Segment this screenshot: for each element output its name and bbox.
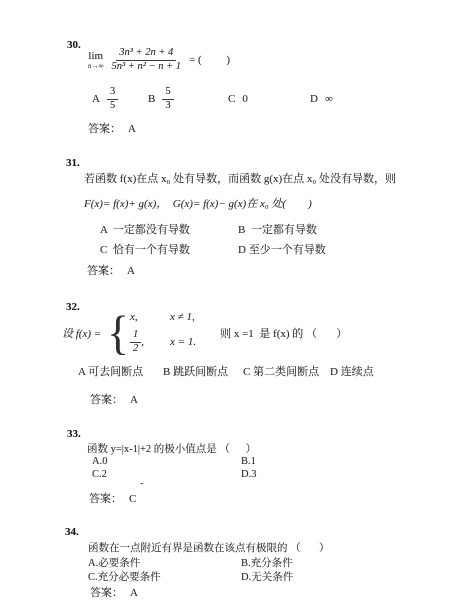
piecewise-prefix: 设 f(x) = xyxy=(62,325,104,341)
question-34-answer: 答案： A xyxy=(90,584,138,600)
question-30-option-a: A 3 5 xyxy=(92,85,118,113)
question-34-stem: 函数在一点附近有界是函数在该点有极限的 （ ） xyxy=(88,540,330,555)
question-31-number: 31. xyxy=(66,157,80,169)
option-label: C xyxy=(228,93,235,105)
answer-value: A xyxy=(128,123,136,135)
option-label: A xyxy=(92,93,100,105)
question-32-option-d: D 连续点 xyxy=(330,363,374,379)
answer-label: 答案： xyxy=(88,120,121,136)
question-33-option-a: A.0 xyxy=(92,456,107,467)
question-30-formula: lim n→∞ 3n³ + 2n + 4 5n³ + n² − n + 1 = … xyxy=(88,47,230,73)
answer-value: A xyxy=(130,394,138,406)
question-33-number: 33. xyxy=(67,428,81,440)
question-30-option-c: C 0 xyxy=(228,85,248,113)
answer-label: 答案： xyxy=(90,584,123,600)
question-30-answer: 答案： A xyxy=(88,120,136,136)
piecewise-cases: x, x ≠ 1, 1 2 , x = 1. xyxy=(130,311,196,355)
question-30-option-b: B 5 3 xyxy=(148,85,174,113)
question-31-stem-line2: F(x)= f(x)+ g(x)， G(x)= f(x)− g(x)在 x₀ 处… xyxy=(84,195,312,211)
question-31-option-b: B 一定都有导数 xyxy=(238,221,317,237)
scan-artifact-dash: - xyxy=(140,477,144,489)
answer-value: A xyxy=(130,587,138,599)
question-32-answer: 答案： A xyxy=(90,391,138,407)
question-34-option-d: D.无关条件 xyxy=(241,569,293,584)
question-31-answer: 答案： A xyxy=(87,262,135,278)
answer-label: 答案： xyxy=(87,262,120,278)
option-label: B xyxy=(148,93,155,105)
limit-operator: lim n→∞ xyxy=(88,51,104,70)
question-32-piecewise-formula: 设 f(x) = { x, x ≠ 1, 1 2 , x = 1. 则 x =1… xyxy=(62,310,347,356)
question-32-option-c: C 第二类间断点 xyxy=(243,363,319,379)
equals-answer-blank: = ( ) xyxy=(189,54,230,66)
question-33-option-d: D.3 xyxy=(241,469,256,480)
option-label: D xyxy=(310,93,318,105)
piecewise-case-1: x, x ≠ 1, xyxy=(130,311,196,323)
option-value: 0 xyxy=(242,93,248,105)
question-31-option-d: D 至少一个有导数 xyxy=(238,241,326,257)
fraction-denominator: 5n³ + n² − n + 1 xyxy=(109,61,185,74)
option-fraction: 3 5 xyxy=(107,86,118,112)
option-fraction: 5 3 xyxy=(162,86,173,112)
question-33-option-b: B.1 xyxy=(241,456,256,467)
question-33-answer: 答案： C xyxy=(89,490,136,506)
case-2-condition: x = 1. xyxy=(170,336,196,348)
piecewise-brace: { xyxy=(107,309,129,357)
answer-value: A xyxy=(127,265,135,277)
answer-label: 答案： xyxy=(89,490,122,506)
case-1-condition: x ≠ 1, xyxy=(170,311,195,323)
answer-label: 答案： xyxy=(90,391,123,407)
limit-fraction: 3n³ + 2n + 4 5n³ + n² − n + 1 xyxy=(109,47,185,73)
question-33-stem: 函数 y=|x-1|+2 的极小值点是 （ ） xyxy=(87,441,256,456)
question-31-option-c: C 恰有一个有导数 xyxy=(100,241,190,257)
case-2-fraction: 1 2 xyxy=(130,329,141,355)
question-30-option-d: D ∞ xyxy=(310,85,333,113)
case-2-value: 1 2 , xyxy=(130,329,156,355)
question-34-option-b: B.充分条件 xyxy=(241,555,293,570)
question-34-option-c: C.充分必要条件 xyxy=(88,569,161,584)
question-32-option-a: A 可去间断点 xyxy=(78,363,143,379)
question-32-stem-suffix: 则 x =1 是 f(x) 的 （ ） xyxy=(220,325,347,341)
case-1-value: x, xyxy=(130,311,156,323)
question-30-number: 30. xyxy=(67,39,81,51)
question-34-option-a: A.必要条件 xyxy=(88,555,140,570)
question-33-option-c: C.2 xyxy=(92,469,107,480)
piecewise-case-2: 1 2 , x = 1. xyxy=(130,329,196,355)
case-2-comma: , xyxy=(141,336,144,348)
lim-word: lim xyxy=(88,51,103,62)
question-32-option-b: B 跳跃间断点 xyxy=(163,363,228,379)
question-31-option-a: A 一定都没有导数 xyxy=(100,221,190,237)
answer-value: C xyxy=(129,493,136,505)
question-31-stem-line1: 若函数 f(x)在点 x₀ 处有导数，而函数 g(x)在点 x₀ 处没有导数，则 xyxy=(84,170,396,186)
exam-document-page: 30. lim n→∞ 3n³ + 2n + 4 5n³ + n² − n + … xyxy=(0,0,470,609)
fraction-numerator: 3n³ + 2n + 4 xyxy=(116,47,176,61)
option-value: ∞ xyxy=(325,93,333,105)
question-34-number: 34. xyxy=(65,526,79,538)
lim-subscript: n→∞ xyxy=(88,63,104,70)
